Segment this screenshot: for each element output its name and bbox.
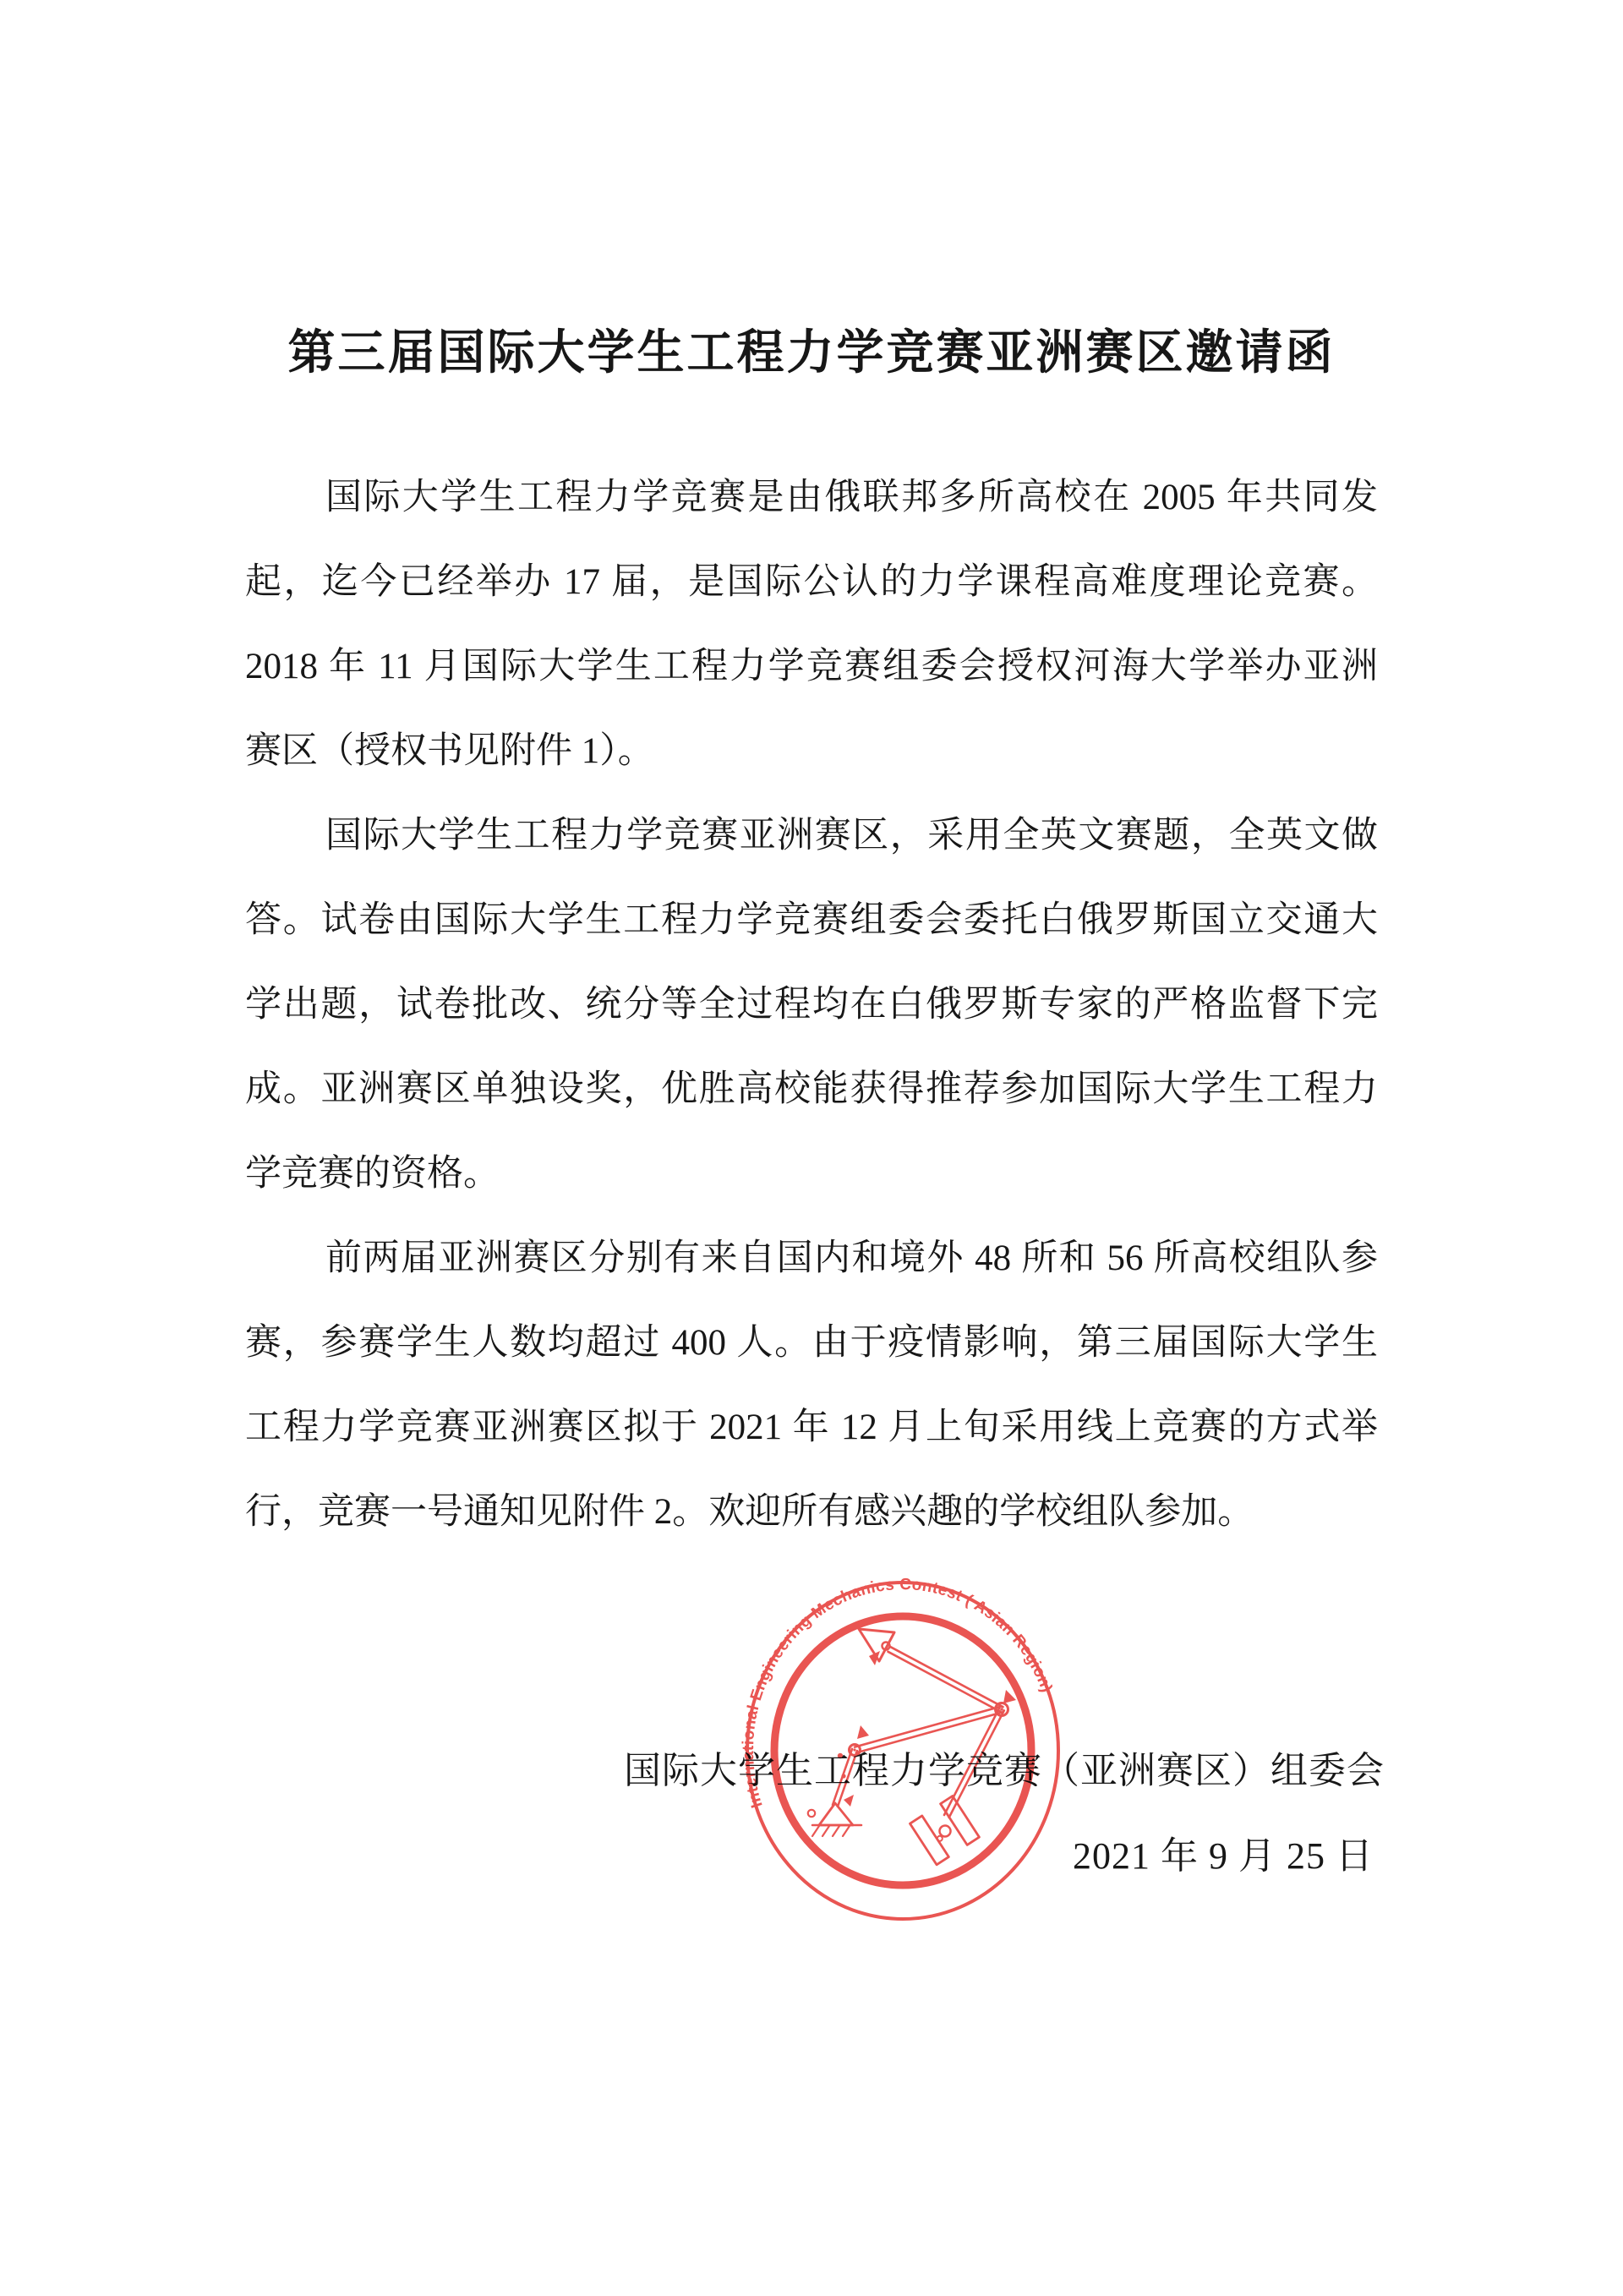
triangle-support-icon [819, 1803, 853, 1825]
stamp-inner-ring [774, 1616, 1031, 1885]
letter-body: 国际大学生工程力学竞赛是由俄联邦多所高校在 2005 年共同发 起，迄今已经举办… [245, 456, 1378, 1555]
paragraph-line: 前两届亚洲赛区分别有来自国内和境外 48 所和 56 所高校组队参 [245, 1216, 1378, 1301]
paragraph-line: 2018 年 11 月国际大学生工程力学竞赛组委会授权河海大学举办亚洲 [245, 625, 1378, 709]
roller-support-icon [910, 1796, 980, 1865]
invitation-letter-page: 第三届国际大学生工程力学竞赛亚洲赛区邀请函 国际大学生工程力学竞赛是由俄联邦多所… [0, 0, 1623, 2296]
paragraph-line: 成。亚洲赛区单独设奖，优胜高校能获得推荐参加国际大学生工程力 [245, 1047, 1378, 1132]
organization-seal-stamp: International Engineering Mechanics Cont… [725, 1573, 1080, 1928]
paragraph-line: 行，竞赛一号通知见附件 2。欢迎所有感兴趣的学校组队参加。 [245, 1470, 1378, 1555]
mechanism-linkage-icon [808, 1629, 1016, 1865]
page-title: 第三届国际大学生工程力学竞赛亚洲赛区邀请函 [0, 323, 1623, 384]
paragraph-line: 赛，参赛学生人数均超过 400 人。由于疫情影响，第三届国际大学生 [245, 1301, 1378, 1386]
paragraph-line: 赛区（授权书见附件 1）。 [245, 709, 1378, 794]
paragraph-line: 学出题，试卷批改、统分等全过程均在白俄罗斯专家的严格监督下完 [245, 963, 1378, 1047]
signature-date: 2021 年 9 月 25 日 [1073, 1833, 1374, 1880]
paragraph-line: 工程力学竞赛亚洲赛区拟于 2021 年 12 月上旬采用线上竞赛的方式举 [245, 1386, 1378, 1470]
paragraph-line: 起，迄今已经举办 17 届，是国际公认的力学课程高难度理论竞赛。 [245, 540, 1378, 625]
paragraph-line: 学竞赛的资格。 [245, 1132, 1378, 1216]
paragraph-line: 国际大学生工程力学竞赛是由俄联邦多所高校在 2005 年共同发 [245, 456, 1378, 540]
paragraph-line: 答。试卷由国际大学生工程力学竞赛组委会委托白俄罗斯国立交通大 [245, 878, 1378, 963]
paragraph-line: 国际大学生工程力学竞赛亚洲赛区，采用全英文赛题，全英文做 [245, 794, 1378, 878]
